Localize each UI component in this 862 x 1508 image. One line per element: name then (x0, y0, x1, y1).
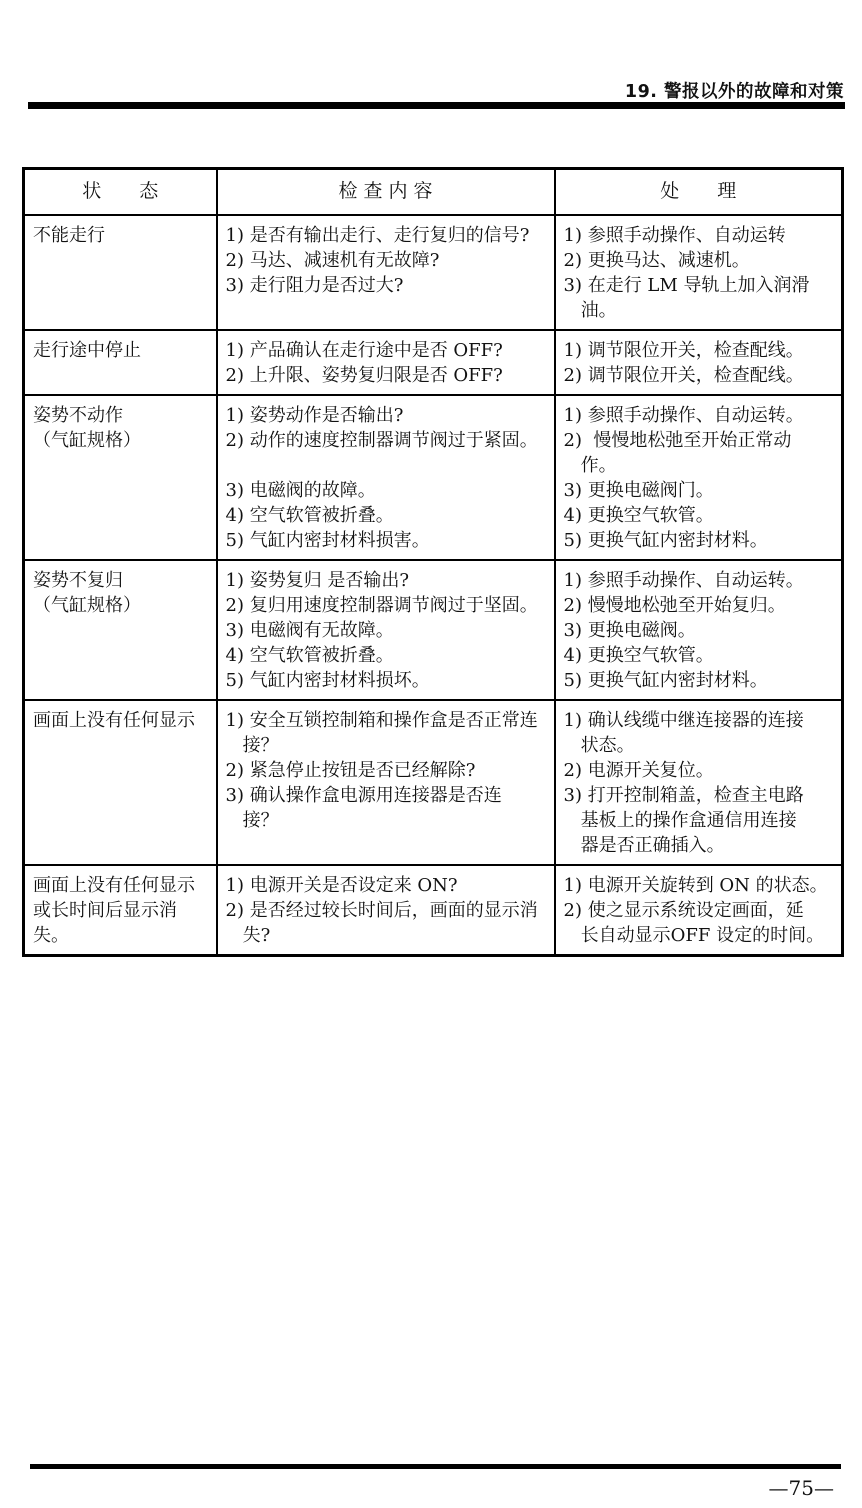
check-cell: 1) 是否有输出走行、走行复归的信号? 2) 马达、减速机有无故障? 3) 走行… (217, 215, 555, 330)
table-row: 走行途中停止 1) 产品确认在走行途中是否 OFF? 2) 上升限、姿势复归限是… (24, 330, 843, 395)
status-cell: 走行途中停止 (24, 330, 217, 395)
status-cell: 不能走行 (24, 215, 217, 330)
table-row: 画面上没有任何显示 或长时间后显示消失。 1) 电源开关是否设定来 ON? 2)… (24, 865, 843, 956)
column-header-status: 状 态 (24, 169, 217, 215)
header-rule (28, 102, 845, 109)
action-cell: 1) 电源开关旋转到 ON 的状态。 2) 使之显示系统设定画面，延 长自动显示… (555, 865, 843, 956)
status-cell: 姿势不动作 （气缸规格） (24, 395, 217, 560)
table-row: 姿势不复归 （气缸规格） 1) 姿势复归 是否输出? 2) 复归用速度控制器调节… (24, 560, 843, 700)
action-cell: 1) 参照手动操作、自动运转。 2) 慢慢地松弛至开始正常动 作。 3) 更换电… (555, 395, 843, 560)
footer-rule (30, 1464, 841, 1469)
page-header-title: 19. 警报以外的故障和对策 (625, 78, 844, 103)
table-header-row: 状 态 检 查 内 容 处 理 (24, 169, 843, 215)
table-row: 画面上没有任何显示 1) 安全互锁控制箱和操作盒是否正常连 接？ 2) 紧急停止… (24, 700, 843, 865)
check-cell: 1) 安全互锁控制箱和操作盒是否正常连 接？ 2) 紧急停止按钮是否已经解除? … (217, 700, 555, 865)
column-header-action: 处 理 (555, 169, 843, 215)
check-cell: 1) 姿势复归 是否输出? 2) 复归用速度控制器调节阀过于坚固。 3) 电磁阀… (217, 560, 555, 700)
check-cell: 1) 姿势动作是否输出? 2) 动作的速度控制器调节阀过于紧固。 3) 电磁阀的… (217, 395, 555, 560)
table-row: 姿势不动作 （气缸规格） 1) 姿势动作是否输出? 2) 动作的速度控制器调节阀… (24, 395, 843, 560)
table-row: 不能走行 1) 是否有输出走行、走行复归的信号? 2) 马达、减速机有无故障? … (24, 215, 843, 330)
check-cell: 1) 产品确认在走行途中是否 OFF? 2) 上升限、姿势复归限是否 OFF? (217, 330, 555, 395)
troubleshooting-table: 状 态 检 查 内 容 处 理 不能走行 1) 是否有输出走行、走行复归的信号?… (22, 167, 844, 957)
check-cell: 1) 电源开关是否设定来 ON? 2) 是否经过较长时间后，画面的显示消 失? (217, 865, 555, 956)
document-page: 19. 警报以外的故障和对策 状 态 检 查 内 容 处 理 不能走行 1) 是… (0, 0, 862, 1508)
status-cell: 画面上没有任何显示 (24, 700, 217, 865)
action-cell: 1) 参照手动操作、自动运转 2) 更换马达、减速机。 3) 在走行 LM 导轨… (555, 215, 843, 330)
action-cell: 1) 确认线缆中继连接器的连接 状态。 2) 电源开关复位。 3) 打开控制箱盖… (555, 700, 843, 865)
status-cell: 画面上没有任何显示 或长时间后显示消失。 (24, 865, 217, 956)
action-cell: 1) 调节限位开关，检查配线。 2) 调节限位开关，检查配线。 (555, 330, 843, 395)
action-cell: 1) 参照手动操作、自动运转。 2) 慢慢地松弛至开始复归。 3) 更换电磁阀。… (555, 560, 843, 700)
page-number: —75— (769, 1476, 834, 1500)
column-header-check: 检 查 内 容 (217, 169, 555, 215)
status-cell: 姿势不复归 （气缸规格） (24, 560, 217, 700)
